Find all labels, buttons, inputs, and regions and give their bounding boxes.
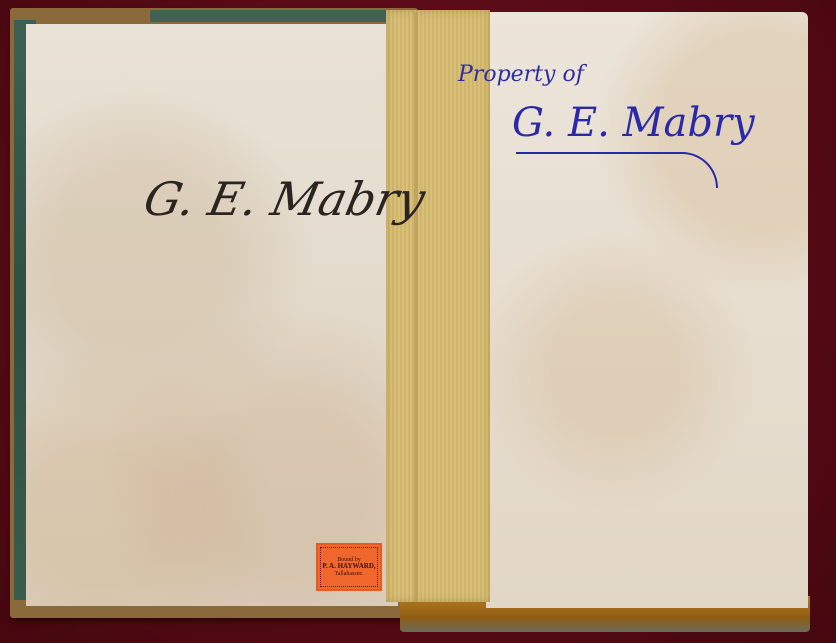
spine-fold-line bbox=[414, 12, 418, 602]
left-signature: G. E. Mabry bbox=[139, 172, 430, 226]
property-of-inscription: Property of bbox=[458, 62, 584, 87]
binder-label: Bound by P. A. HAYWARD, Tallahassee. bbox=[316, 543, 382, 591]
binder-label-name: P. A. HAYWARD, bbox=[322, 563, 375, 570]
spine-tape bbox=[386, 10, 490, 602]
left-pastedown-page bbox=[26, 24, 398, 606]
signature-underline-flourish bbox=[516, 152, 718, 188]
cover-green-trim-top bbox=[150, 10, 390, 22]
right-signature: G. E. Mabry bbox=[512, 100, 755, 146]
binder-label-city: Tallahassee. bbox=[334, 571, 363, 577]
